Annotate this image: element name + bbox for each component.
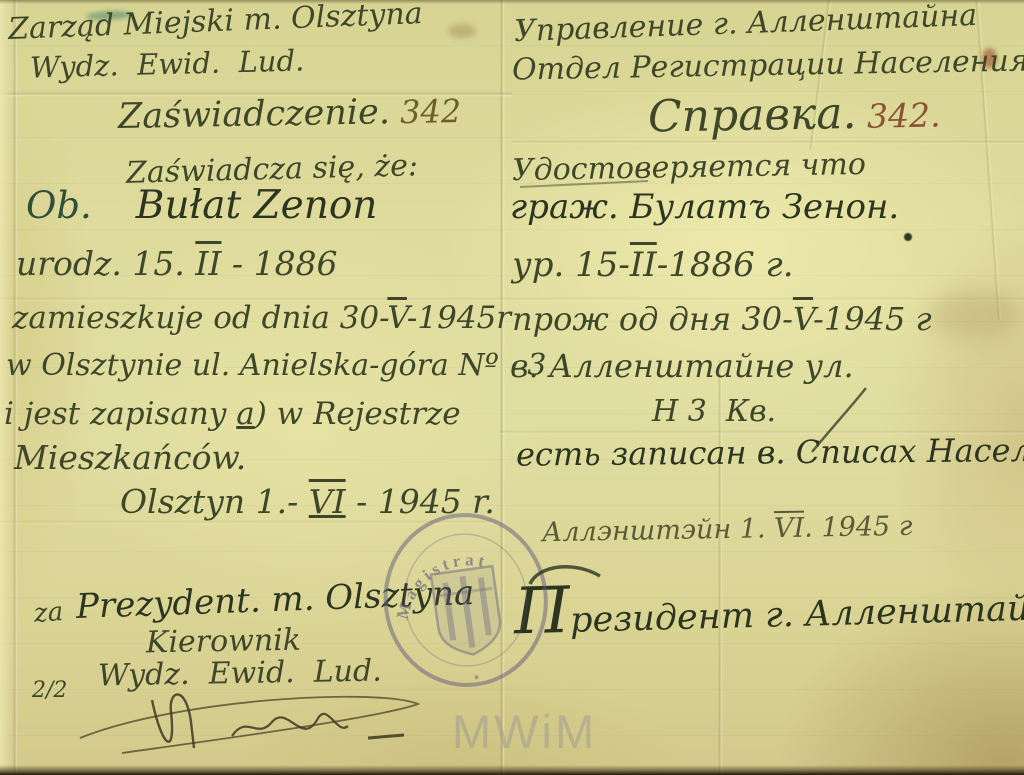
left-date-pre: Olsztyn 1.- [120, 482, 309, 521]
left-born-pre: urodz. 15. [16, 244, 195, 283]
left-register-line2: Mieszkańców. [14, 441, 246, 476]
page-number: 2/2 [32, 679, 67, 702]
left-dept-line: Wydz. Ewid. Lud. [98, 656, 382, 692]
right-address-line: в. Алленштайне ул. [510, 350, 854, 384]
left-citizen-prefix: Ob. [26, 184, 92, 227]
soft-blotch-right [930, 290, 1020, 340]
torn-left-edge-line [13, 0, 18, 775]
left-residing-pre: zamieszkuje od dnia 30- [12, 300, 387, 336]
right-citizen-line: граж. Булатъ Зенон. [510, 190, 899, 226]
right-date-post: . 1945 г [804, 511, 913, 544]
left-residing-line: zamieszkuje od dnia 30-V-1945r [12, 302, 511, 335]
left-register-pre: i jest zapisany [4, 396, 236, 432]
paper-edge-left [0, 0, 13, 775]
left-signed-for: za [33, 599, 64, 628]
left-certificate-number: 342 [390, 92, 462, 131]
right-date-roman: VI [774, 513, 805, 545]
right-date-line: Аллэнштэйн 1. VI. 1945 г [542, 513, 913, 548]
right-residing-roman: V [793, 300, 813, 338]
right-house-line: Н 3 Кв. [652, 396, 776, 428]
right-certificate-number: 342. [856, 95, 941, 135]
left-header-department: Wydz. Ewid. Lud. [30, 45, 305, 83]
right-title: Справка. 342. [648, 89, 941, 140]
magistrat-stamp: Magistrat [368, 499, 564, 705]
left-kierownik-line: Kierownik [146, 625, 301, 659]
right-residing-pre: прож од дня 30- [512, 300, 793, 338]
crease-horizontal-2 [512, 140, 1024, 145]
left-citizen-name: Bułat Zenon [136, 183, 378, 228]
right-residing-line: прож од дня 30-V-1945 г [512, 303, 932, 337]
left-title: Zaświadczenie. 342 [118, 93, 462, 136]
left-title-word: Zaświadczenie. [118, 92, 391, 137]
left-register-line: i jest zapisany a) w Rejestrze [4, 398, 461, 431]
left-register-post: ) w Rejestrze [255, 396, 461, 432]
right-born-post: -1886 г. [657, 245, 794, 285]
right-register-line: есть записан в. Списах Населения [516, 433, 1024, 472]
left-citizen-line: Ob.Bułat Zenon [26, 186, 377, 227]
left-residing-roman: V [387, 300, 407, 336]
right-residing-post: -1945 г [813, 300, 932, 338]
brown-smudge-top [448, 24, 476, 38]
left-born-post: - 1886 [221, 244, 337, 283]
left-born-line: urodz. 15. II - 1886 [16, 247, 338, 282]
right-date-pre: Аллэнштэйн 1. [542, 513, 775, 548]
paper-edge-bottom [0, 765, 1024, 775]
right-born-roman: II [630, 245, 657, 285]
right-title-word: Справка. [648, 88, 857, 143]
document-scan: Zarząd Miejski m. Olsztyna Wydz. Ewid. L… [0, 0, 1024, 775]
left-register-option: a [236, 396, 254, 432]
left-residing-post: -1945r [407, 300, 511, 336]
stamp-bottom-dot [474, 675, 479, 680]
left-born-roman: II [195, 244, 221, 283]
right-certify-line: Удостоверяется что [512, 149, 866, 187]
left-date-roman: VI [309, 482, 346, 521]
left-address-line: w Olsztynie ul. Anielska-góra Nº 3 [6, 350, 546, 382]
ink-dot [904, 233, 912, 241]
right-born-line: ур. 15-II-1886 г. [512, 248, 794, 284]
right-born-pre: ур. 15- [512, 245, 630, 285]
museum-watermark: MWiM [452, 704, 597, 759]
